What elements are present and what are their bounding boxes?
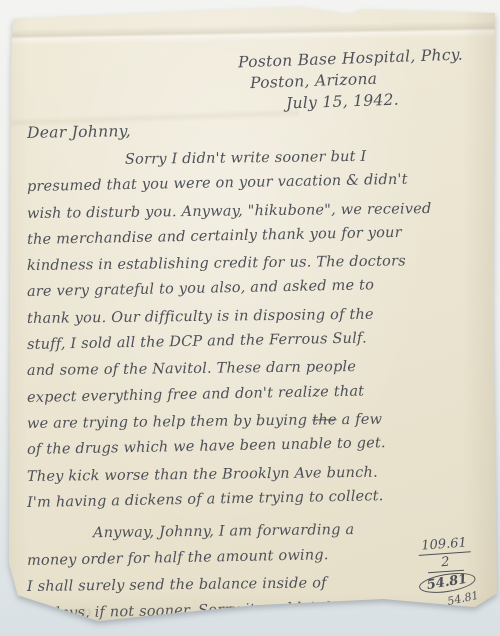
struck-word: the	[312, 412, 337, 428]
faint-pencil-marks	[29, 608, 92, 623]
strike-after-text: a few	[342, 412, 383, 428]
paragraph-1: Sorry I didn't write sooner but I presum…	[27, 148, 482, 516]
strike-before-text: we are trying to help them by buying	[27, 413, 307, 432]
heading-date: July 15, 1942.	[286, 87, 489, 112]
margin-calculation: 109.61 2 54.81 54.81	[407, 535, 486, 609]
paper-crease-top	[3, 21, 497, 46]
salutation: Dear Johnny,	[27, 122, 131, 142]
letter-paper: Poston Base Hospital, Phcy. Poston, Ariz…	[3, 3, 497, 631]
letter-paper-wrap: Poston Base Hospital, Phcy. Poston, Ariz…	[0, 0, 500, 636]
photo-scene: Poston Base Hospital, Phcy. Poston, Ariz…	[0, 0, 500, 636]
letter-heading: Poston Base Hospital, Phcy. Poston, Ariz…	[238, 49, 488, 109]
